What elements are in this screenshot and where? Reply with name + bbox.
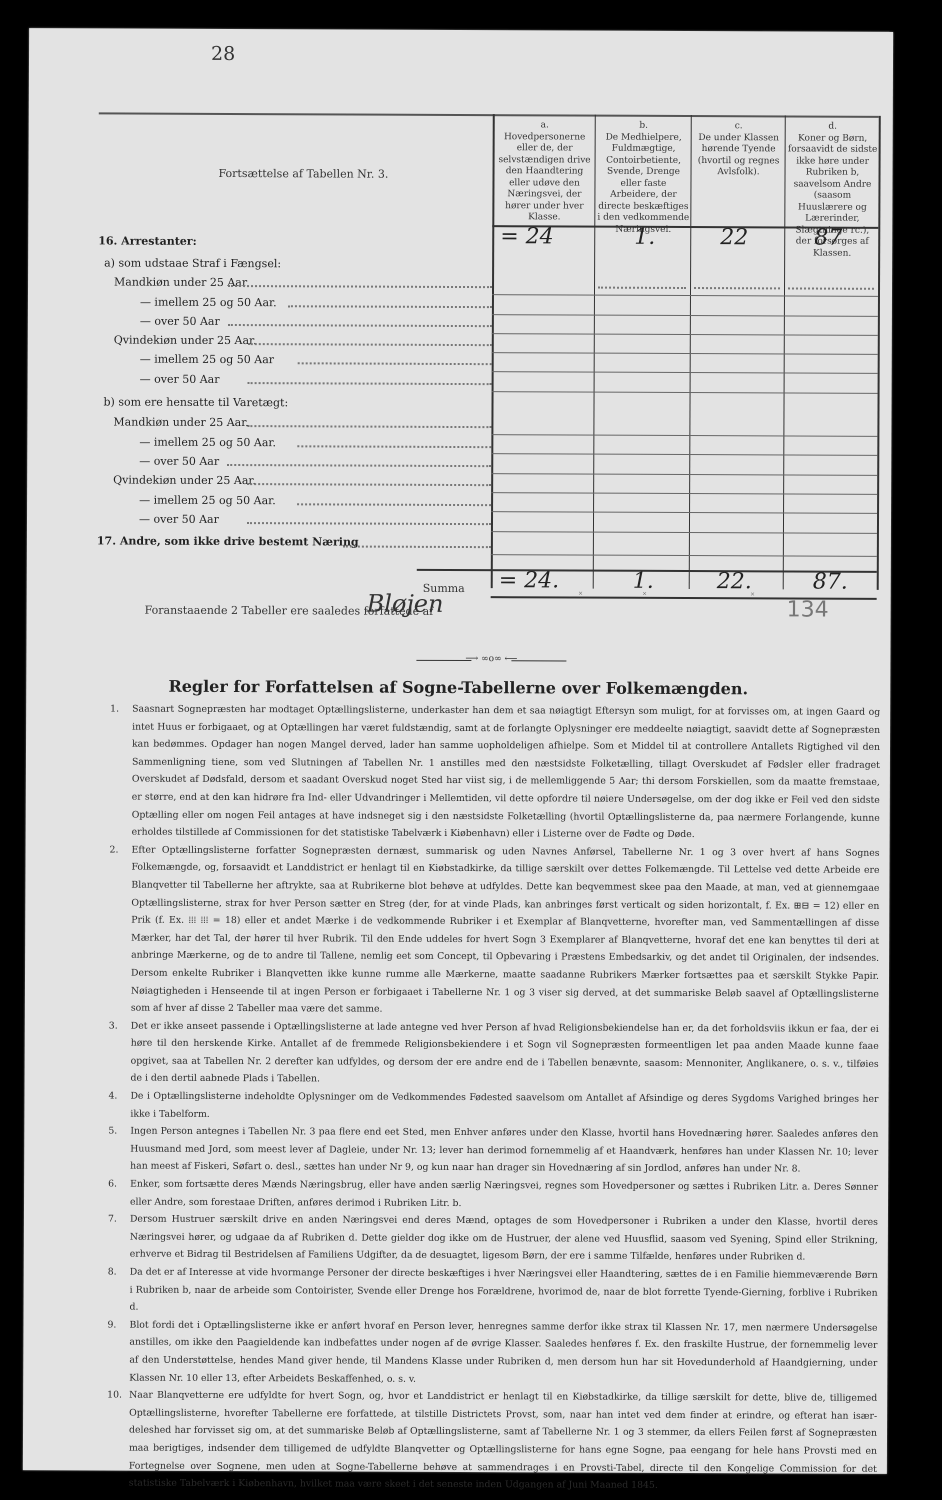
rule-item: 8.Da det er af Interesse at vide hvorman… bbox=[108, 1263, 878, 1319]
dot-leader bbox=[248, 382, 492, 385]
column-letter: c. bbox=[694, 121, 784, 133]
census-form-page: 28 Fortsættelse af Tabellen Nr. 3. a. Ho… bbox=[23, 28, 893, 1474]
column-letter: b. bbox=[598, 121, 690, 133]
page-number: 28 bbox=[211, 43, 235, 65]
dot-leader bbox=[297, 503, 491, 506]
rule-number: 7. bbox=[108, 1211, 117, 1229]
signature: Bløjen bbox=[367, 590, 444, 618]
row-label: — over 50 Aar bbox=[140, 315, 220, 328]
rule-item: 1.Saasnart Sognepræsten har modtaget Opt… bbox=[110, 700, 881, 844]
column-letter: d. bbox=[788, 121, 878, 133]
rule-number: 10. bbox=[107, 1387, 122, 1405]
dot-leader bbox=[248, 343, 492, 346]
rule-text: Enker, som fortsætte deres Mænds Nærings… bbox=[130, 1179, 878, 1209]
row-label-17: 17. Andre, som ikke drive bestemt Næring bbox=[97, 534, 359, 548]
dot-leader bbox=[247, 483, 491, 486]
rule-text: Efter Optællingslisterne forfatter Sogne… bbox=[131, 844, 880, 1014]
rule-text: Ingen Person antegnes i Tabellen Nr. 3 p… bbox=[130, 1126, 878, 1175]
rule-item: 6.Enker, som fortsætte deres Mænds Nærin… bbox=[108, 1176, 878, 1215]
column-header-b: b. De Medhielpere, Fuldmægtige, Contoirb… bbox=[597, 121, 690, 236]
row-rule bbox=[492, 371, 878, 374]
check-mark-icon: ˟ bbox=[643, 591, 647, 602]
cell-16-d: 87 bbox=[814, 226, 842, 251]
row-rule bbox=[491, 554, 877, 557]
rule-text: Naar Blanqvetterne ere udfyldte for hver… bbox=[129, 1390, 877, 1491]
dot-leader bbox=[247, 425, 491, 428]
rule-text: Da det er af Interesse at vide hvormange… bbox=[130, 1267, 878, 1313]
row-label: — imellem 25 og 50 Aar. bbox=[139, 436, 276, 450]
row-rule bbox=[491, 453, 877, 456]
rule-number: 2. bbox=[110, 841, 119, 859]
rule-item: 10.Naar Blanqvetterne ere udfyldte for h… bbox=[107, 1387, 877, 1496]
column-letter: a. bbox=[497, 120, 593, 132]
dot-leader bbox=[228, 324, 492, 327]
dot-leader bbox=[297, 445, 491, 448]
cell-16-a: = 24 bbox=[500, 224, 554, 249]
rule-number: 1. bbox=[110, 700, 119, 718]
table-title: Fortsættelse af Tabellen Nr. 3. bbox=[218, 167, 388, 181]
rule-number: 6. bbox=[108, 1176, 117, 1194]
column-header-text: De Medhielpere, Fuldmægtige, Contoirbeti… bbox=[597, 132, 689, 234]
rule-text: Dersom Hustruer særskilt drive en anden … bbox=[130, 1214, 878, 1263]
rules-title: Regler for Forfattelsen af Sogne-Tabelle… bbox=[26, 676, 890, 699]
rule-item: 9.Blot fordi det i Optællingslisterne ik… bbox=[107, 1316, 877, 1390]
rule-text: De i Optællingslisterne indeholdte Oplys… bbox=[130, 1091, 878, 1120]
row-label: Mandkiøn under 25 Aar. bbox=[113, 415, 248, 429]
row-rule bbox=[491, 473, 877, 476]
rule-item: 4.De i Optællingslisterne indeholdte Opl… bbox=[108, 1088, 878, 1127]
column-divider bbox=[491, 114, 495, 588]
rule-item: 5.Ingen Person antegnes i Tabellen Nr. 3… bbox=[108, 1123, 878, 1179]
rule-item: 3.Det er ikke anseet passende i Optællin… bbox=[109, 1017, 879, 1091]
check-mark-icon: ˟ bbox=[751, 591, 755, 602]
column-header-text: De under Klassen hørende Tyende (hvortil… bbox=[698, 133, 780, 178]
dot-leader bbox=[247, 522, 491, 525]
dot-leader bbox=[228, 285, 492, 288]
summa-d: 87. bbox=[813, 570, 848, 595]
dot-leader bbox=[298, 362, 492, 365]
row-rule bbox=[492, 333, 878, 336]
rule-number: 5. bbox=[108, 1123, 117, 1141]
rule-number: 9. bbox=[107, 1316, 116, 1334]
row-label-b: b) som ere hensatte til Varetægt: bbox=[103, 395, 288, 409]
row-label: — over 50 Aar bbox=[139, 455, 219, 468]
summa-c: 22. bbox=[717, 569, 752, 594]
cell-dots bbox=[598, 287, 686, 289]
column-header-text: Hovedpersonerne eller de, der selvstændi… bbox=[498, 132, 590, 223]
row-label: — imellem 25 og 50 Aar. bbox=[140, 296, 277, 310]
cell-dots bbox=[694, 287, 780, 289]
row-rule bbox=[492, 294, 878, 297]
column-divider bbox=[783, 115, 786, 589]
rule-text: Saasnart Sognepræsten har modtaget Optæl… bbox=[132, 704, 881, 841]
row-rule bbox=[492, 352, 878, 355]
row-label: Qvindekiøn under 25 Aar. bbox=[113, 473, 256, 487]
row-label: — imellem 25 og 50 Aar bbox=[140, 353, 274, 367]
rule-text: Det er ikke anseet passende i Optællings… bbox=[131, 1020, 879, 1085]
row-rule bbox=[492, 314, 878, 317]
rule-item: 7.Dersom Hustruer særskilt drive en ande… bbox=[108, 1211, 878, 1267]
ornament-glyph: ⟶ ∞o∞ ⟵ bbox=[465, 654, 517, 664]
row-rule bbox=[491, 492, 877, 495]
rule-text: Blot fordi det i Optællingslisterne ikke… bbox=[129, 1319, 877, 1384]
cell-16-b: 1. bbox=[634, 225, 655, 250]
column-header-c: c. De under Klassen hørende Tyende (hvor… bbox=[694, 121, 784, 179]
row-rule bbox=[491, 434, 877, 437]
ornament-divider: ⟶ ∞o∞ ⟵ bbox=[416, 654, 566, 665]
pencil-note: 134 bbox=[787, 597, 829, 622]
row-label: — over 50 Aar bbox=[139, 513, 219, 526]
row-label: — over 50 Aar bbox=[140, 373, 220, 386]
census-table: Fortsættelse af Tabellen Nr. 3. a. Hoved… bbox=[97, 112, 891, 589]
column-divider bbox=[593, 115, 596, 589]
column-header-a: a. Hovedpersonerne eller de, der selvstæ… bbox=[496, 120, 592, 224]
row-rule bbox=[491, 531, 877, 534]
dot-leader bbox=[227, 464, 491, 467]
dot-leader bbox=[343, 545, 491, 548]
row-label-16: 16. Arrestanter: bbox=[98, 234, 196, 247]
row-rule bbox=[491, 511, 877, 514]
table-top-border bbox=[99, 112, 879, 117]
dot-leader bbox=[288, 305, 492, 308]
row-rule bbox=[492, 391, 878, 394]
cell-16-c: 22 bbox=[720, 225, 748, 250]
rule-number: 3. bbox=[109, 1017, 118, 1035]
cell-dots bbox=[788, 287, 874, 289]
check-mark-icon: ˟ bbox=[579, 591, 583, 602]
row-label: Mandkiøn under 25 Aar bbox=[114, 275, 247, 289]
rule-number: 8. bbox=[108, 1263, 117, 1281]
rule-number: 4. bbox=[108, 1088, 117, 1106]
row-label-a: a) som udstaae Straf i Fængsel: bbox=[104, 256, 281, 270]
row-label: Qvindekiøn under 25 Aar. bbox=[114, 333, 257, 347]
summa-a: = 24. bbox=[499, 568, 560, 593]
row-label: — imellem 25 og 50 Aar. bbox=[139, 494, 276, 508]
rule-item: 2.Efter Optællingslisterne forfatter Sog… bbox=[109, 841, 880, 1020]
rules-list: 1.Saasnart Sognepræsten har modtaget Opt… bbox=[107, 700, 880, 1495]
